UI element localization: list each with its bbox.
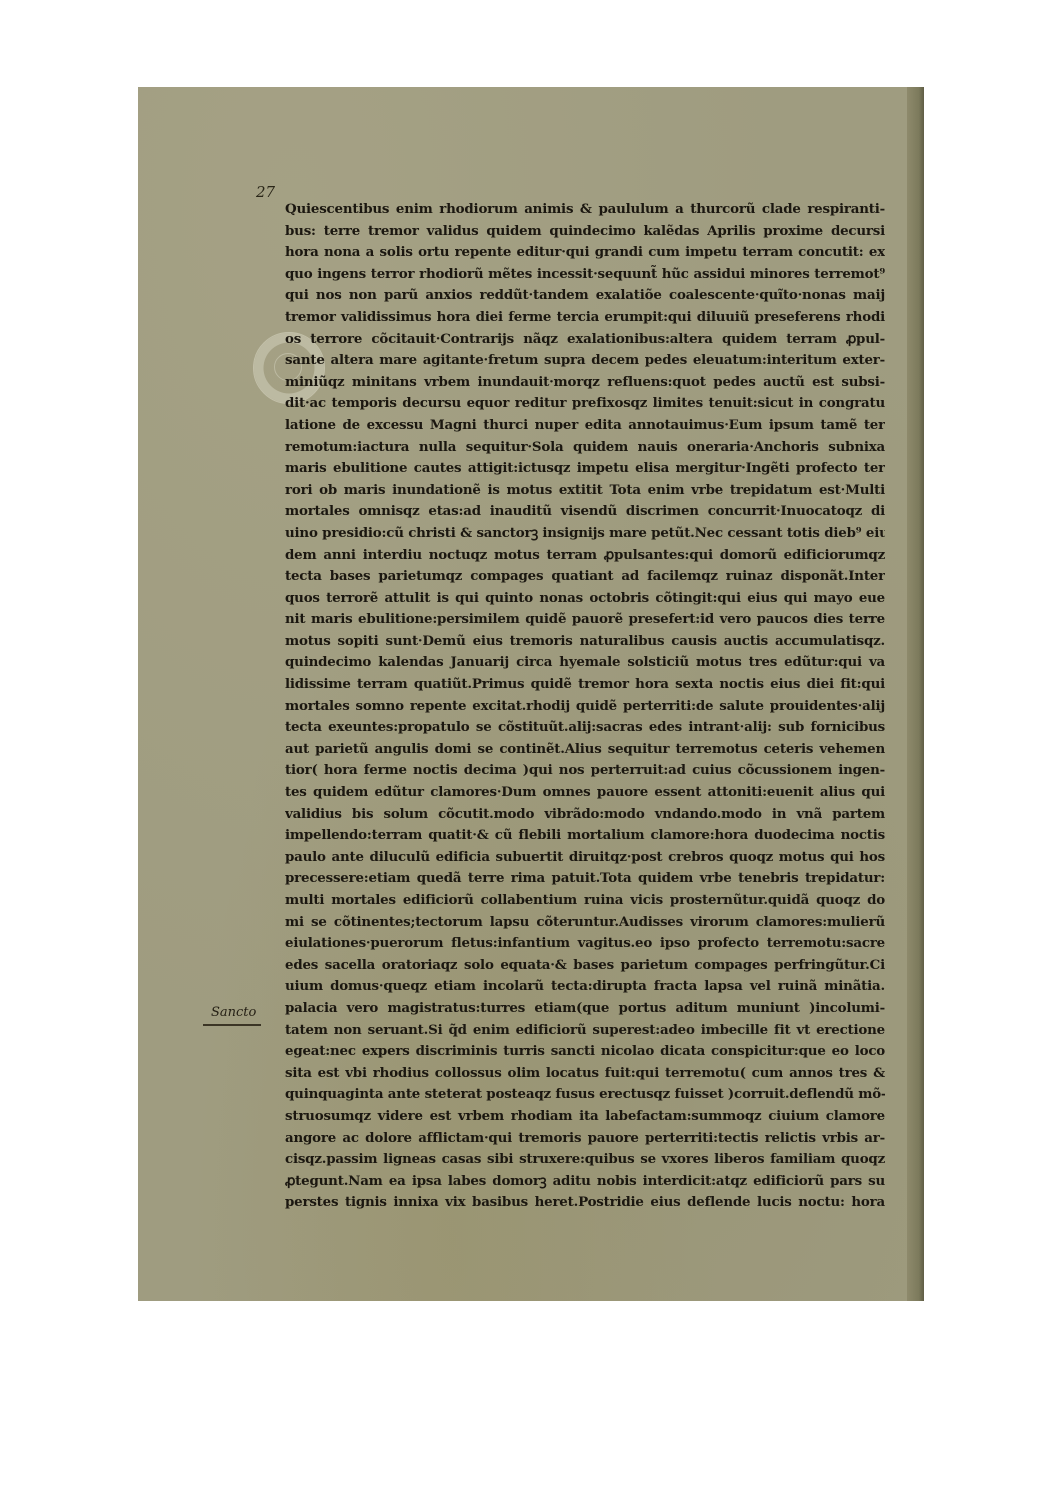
text-line: quinquaginta ante steterat posteaqz fusu… [285, 1084, 885, 1106]
text-line: uino presidio:cũ christi & sanctorꝫ insi… [285, 523, 885, 545]
text-line: remotum:iactura nulla sequitur·Sola quid… [285, 437, 885, 459]
incunable-text-block: Quiescentibus enim rhodiorum animis & pa… [285, 199, 885, 1214]
text-line: cisqz.passim ligneas casas sibi struxere… [285, 1149, 885, 1171]
text-line: struosumqz videre est vrbem rhodiam ita … [285, 1106, 885, 1128]
marginal-underline [203, 1024, 261, 1026]
text-line: angore ac dolore afflictam·qui tremoris … [285, 1128, 885, 1150]
text-line: sante altera mare agitante·fretum supra … [285, 350, 885, 372]
text-line: egeat:nec expers discriminis turris sanc… [285, 1041, 885, 1063]
text-line: nit maris ebulitione:persimilem quidẽ pa… [285, 609, 885, 631]
text-line: perstes tignis innixa vix basibus heret.… [285, 1192, 885, 1214]
text-line: aut parietũ angulis domi se continẽt.Ali… [285, 739, 885, 761]
text-line: paulo ante diluculũ edificia subuertit d… [285, 847, 885, 869]
text-line: dit·ac temporis decursu equor reditur pr… [285, 393, 885, 415]
text-line: sita est vbi rhodius collossus olim loca… [285, 1063, 885, 1085]
text-line: multi mortales edificiorũ collabentium r… [285, 890, 885, 912]
text-line: edes sacella oratoriaqz solo equata·& ba… [285, 955, 885, 977]
text-line: dem anni interdiu noctuqz motus terram ꝓ… [285, 545, 885, 567]
text-line: motus sopiti sunt·Demũ eius tremoris nat… [285, 631, 885, 653]
text-line: palacia vero magistratus:turres etiam(qu… [285, 998, 885, 1020]
text-line: tatem non seruant.Si q̃d enim edificiorũ… [285, 1020, 885, 1042]
text-line: quo ingens terror rhodiorũ mẽtes incessi… [285, 264, 885, 286]
text-line: bus: terre tremor validus quidem quindec… [285, 221, 885, 243]
text-line: ꝓtegunt.Nam ea ipsa labes domorꝫ aditu n… [285, 1171, 885, 1193]
text-line: lidissime terram quatiũt.Primus quidẽ tr… [285, 674, 885, 696]
folio-number: 27 [256, 183, 275, 201]
text-line: tecta exeuntes:propatulo se cõstituũt.al… [285, 717, 885, 739]
text-line: eiulationes·puerorum fletus:infantium va… [285, 933, 885, 955]
text-line: mi se cõtinentes;tectorum lapsu cõterunt… [285, 912, 885, 934]
text-line: tes quidem edũtur clamores·Dum omnes pau… [285, 782, 885, 804]
text-line: uium domus·queqz etiam incolarũ tecta:di… [285, 976, 885, 998]
text-line: tremor validissimus hora diei ferme terc… [285, 307, 885, 329]
text-line: tecta bases parietumqz compages quatiant… [285, 566, 885, 588]
text-line: precessere:etiam quedã terre rima patuit… [285, 868, 885, 890]
text-line: rori ob maris inundationẽ is motus extit… [285, 480, 885, 502]
text-line: impellendo:terram quatit·& cũ flebili mo… [285, 825, 885, 847]
text-line: mortales omnisqz etas:ad inauditũ visend… [285, 501, 885, 523]
manuscript-page: 27 Quiescentibus enim rhodiorum animis &… [138, 87, 924, 1301]
page-binding-edge [907, 87, 924, 1301]
text-line: Quiescentibus enim rhodiorum animis & pa… [285, 199, 885, 221]
text-line: mortales somno repente excitat.rhodij qu… [285, 696, 885, 718]
text-line: maris ebulitione cautes attigit:ictusqz … [285, 458, 885, 480]
text-line: os terrore cõcitauit·Contrarijs nãqz exa… [285, 329, 885, 351]
text-line: qui nos non parũ anxios reddũt·tandem ex… [285, 285, 885, 307]
text-line: latione de excessu Magni thurci nuper ed… [285, 415, 885, 437]
marginal-annotation: Sancto [211, 1005, 256, 1020]
text-line: quos terrorẽ attulit is qui quinto nonas… [285, 588, 885, 610]
text-line: tior( hora ferme noctis decima )qui nos … [285, 760, 885, 782]
text-line: miniũqz minitans vrbem inundauit·morqz r… [285, 372, 885, 394]
text-line: hora nona a solis ortu repente editur·qu… [285, 242, 885, 264]
text-line: validius bis solum cõcutit.modo vibrãdo:… [285, 804, 885, 826]
text-line: quindecimo kalendas Januarij circa hyema… [285, 652, 885, 674]
